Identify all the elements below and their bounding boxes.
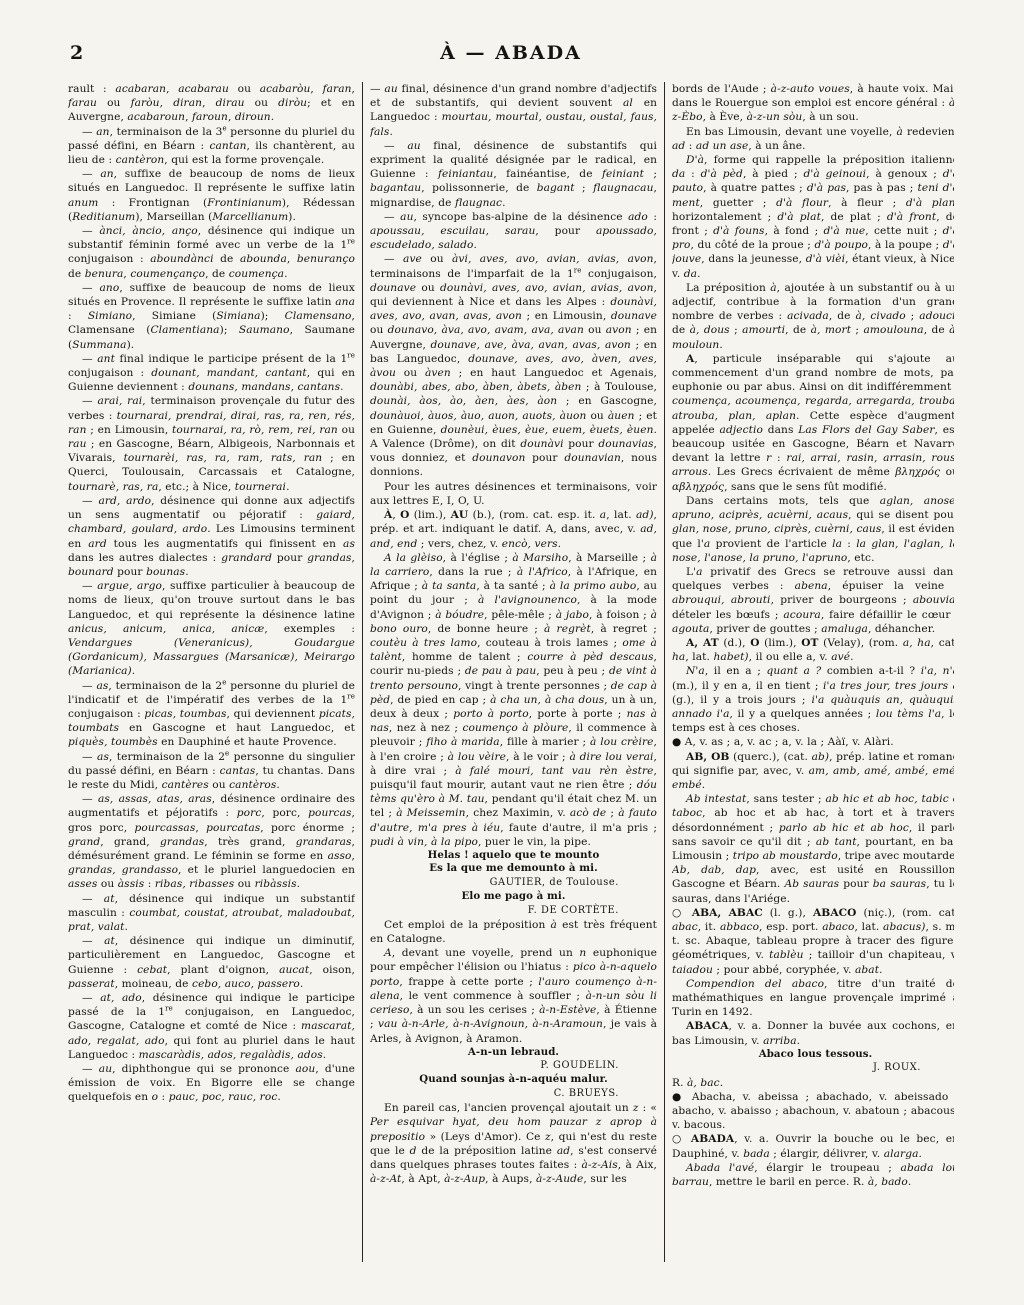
verse-quotation: Abaco lous tessous.	[672, 1048, 954, 1062]
entry-paragraph: — as, assas, atas, aras, désinence ordin…	[68, 792, 355, 891]
entry-paragraph: N'a, il en a ; quant a ? combien a-t-il …	[672, 664, 954, 735]
dictionary-page: 2 À — ABADA rault : acabaran, acabarau o…	[0, 0, 1024, 1305]
entry-paragraph: Abada l'avé, élargir le troupeau ; abada…	[672, 1161, 954, 1189]
entry-paragraph: — at, désinence qui indique un substanti…	[68, 892, 355, 935]
entry-paragraph: — arai, rai, terminaison provençale du f…	[68, 394, 355, 493]
entry-paragraph: — argue, argo, suffixe particulier à bea…	[68, 579, 355, 678]
entry-paragraph: ● Abacha, v. abeissa ; abachado, v. abei…	[672, 1090, 954, 1133]
entry-paragraph: Dans certains mots, tels que aglan, anos…	[672, 494, 954, 565]
entry-paragraph: rault : acabaran, acabarau ou acabaròu, …	[68, 82, 355, 125]
entry-paragraph: — as, terminaison de la 2e personne du p…	[68, 679, 355, 750]
citation-author: C. BRUEYS.	[370, 1087, 657, 1101]
entry-paragraph: A, particule inséparable qui s'ajoute au…	[672, 352, 954, 494]
entry-paragraph: R. à, bac.	[672, 1076, 954, 1090]
entry-paragraph: — an, terminaison de la 3e personne du p…	[68, 125, 355, 168]
entry-paragraph: — ano, suffixe de beaucoup de noms de li…	[68, 281, 355, 352]
entry-paragraph: — ant final indique le participe présent…	[68, 352, 355, 395]
page-header: 2 À — ABADA	[68, 38, 954, 72]
entry-paragraph: — at, ado, désinence qui indique le part…	[68, 991, 355, 1062]
entry-paragraph: — ànci, àncio, anço, désinence qui indiq…	[68, 224, 355, 281]
entry-paragraph: A la glèiso, à l'église ; à Marsiho, à M…	[370, 551, 657, 849]
entry-paragraph: L'a privatif des Grecs se retrouve aussi…	[672, 565, 954, 636]
entry-paragraph: En pareil cas, l'ancien provençal ajouta…	[370, 1101, 657, 1186]
verse-quotation: Helas ! aquelo que te mounto Es la que m…	[370, 849, 657, 876]
entry-paragraph: — as, terminaison de la 2e personne du s…	[68, 750, 355, 793]
entry-paragraph: En bas Limousin, devant une voyelle, à r…	[672, 125, 954, 153]
entry-paragraph: A, AT (d.), O (lim.), OT (Velay), (rom. …	[672, 636, 954, 664]
entry-paragraph: ○ ABADA, v. a. Ouvrir la bouche ou le be…	[672, 1132, 954, 1160]
column-1: rault : acabaran, acabarau ou acabaròu, …	[68, 82, 355, 1262]
entry-paragraph: A, devant une voyelle, prend un n euphon…	[370, 946, 657, 1045]
page-title: À — ABADA	[68, 42, 954, 64]
entry-paragraph: — au final, désinence d'un grand nombre …	[370, 82, 657, 139]
entry-paragraph: Pour les autres désinences et terminaiso…	[370, 480, 657, 508]
entry-paragraph: D'à, forme qui rappelle la préposition i…	[672, 153, 954, 281]
entry-paragraph: — au final, désinence de substantifs qui…	[370, 139, 657, 210]
entry-paragraph: — at, désinence qui indique un diminutif…	[68, 934, 355, 991]
entry-paragraph: bords de l'Aude ; à-z-auto voues, à haut…	[672, 82, 954, 125]
entry-paragraph: AB, OB (querc.), (cat. ab), prép. latine…	[672, 750, 954, 793]
column-2: — au final, désinence d'un grand nombre …	[370, 82, 657, 1262]
entry-paragraph: — au, diphthongue qui se prononce aou, d…	[68, 1062, 355, 1105]
entry-paragraph: — ard, ardo, désinence qui donne aux adj…	[68, 494, 355, 579]
citation-author: J. ROUX.	[672, 1061, 954, 1075]
entry-paragraph: ○ ABA, ABAC (l. g.), ABACO (niç.), (rom.…	[672, 906, 954, 977]
citation-author: F. DE CORTÈTE.	[370, 904, 657, 918]
verse-quotation: A-n-un lebraud.	[370, 1046, 657, 1060]
verse-quotation: Quand sounjas à-n-aquéu malur.	[370, 1073, 657, 1087]
citation-author: P. GOUDELIN.	[370, 1059, 657, 1073]
column-divider	[362, 82, 363, 1262]
entry-paragraph: ● A, v. as ; a, v. ac ; a, v. la ; Aàï, …	[672, 735, 954, 749]
text-columns: rault : acabaran, acabarau ou acabaròu, …	[68, 82, 954, 1262]
entry-paragraph: La préposition à, ajoutée à un substanti…	[672, 281, 954, 352]
entry-paragraph: Compendion del abaco, titre d'un traité …	[672, 977, 954, 1020]
entry-paragraph: Cet emploi de la préposition à est très …	[370, 918, 657, 946]
column-3: bords de l'Aude ; à-z-auto voues, à haut…	[672, 82, 954, 1262]
entry-paragraph: Ab intestat, sans tester ; ab hic et ab …	[672, 792, 954, 906]
entry-paragraph: ABACA, v. a. Donner la buvée aux cochons…	[672, 1019, 954, 1047]
citation-author: GAUTIER, de Toulouse.	[370, 876, 657, 890]
entry-paragraph: À, O (lim.), AU (b.), (rom. cat. esp. it…	[370, 508, 657, 551]
entry-paragraph: — ave ou àvi, aves, avo, avian, avias, a…	[370, 252, 657, 479]
entry-paragraph: — an, suffixe de beaucoup de noms de lie…	[68, 167, 355, 224]
verse-quotation: Elo me pago à mi.	[370, 890, 657, 904]
entry-paragraph: — au, syncope bas-alpine de la désinence…	[370, 210, 657, 253]
column-divider	[664, 82, 665, 1262]
